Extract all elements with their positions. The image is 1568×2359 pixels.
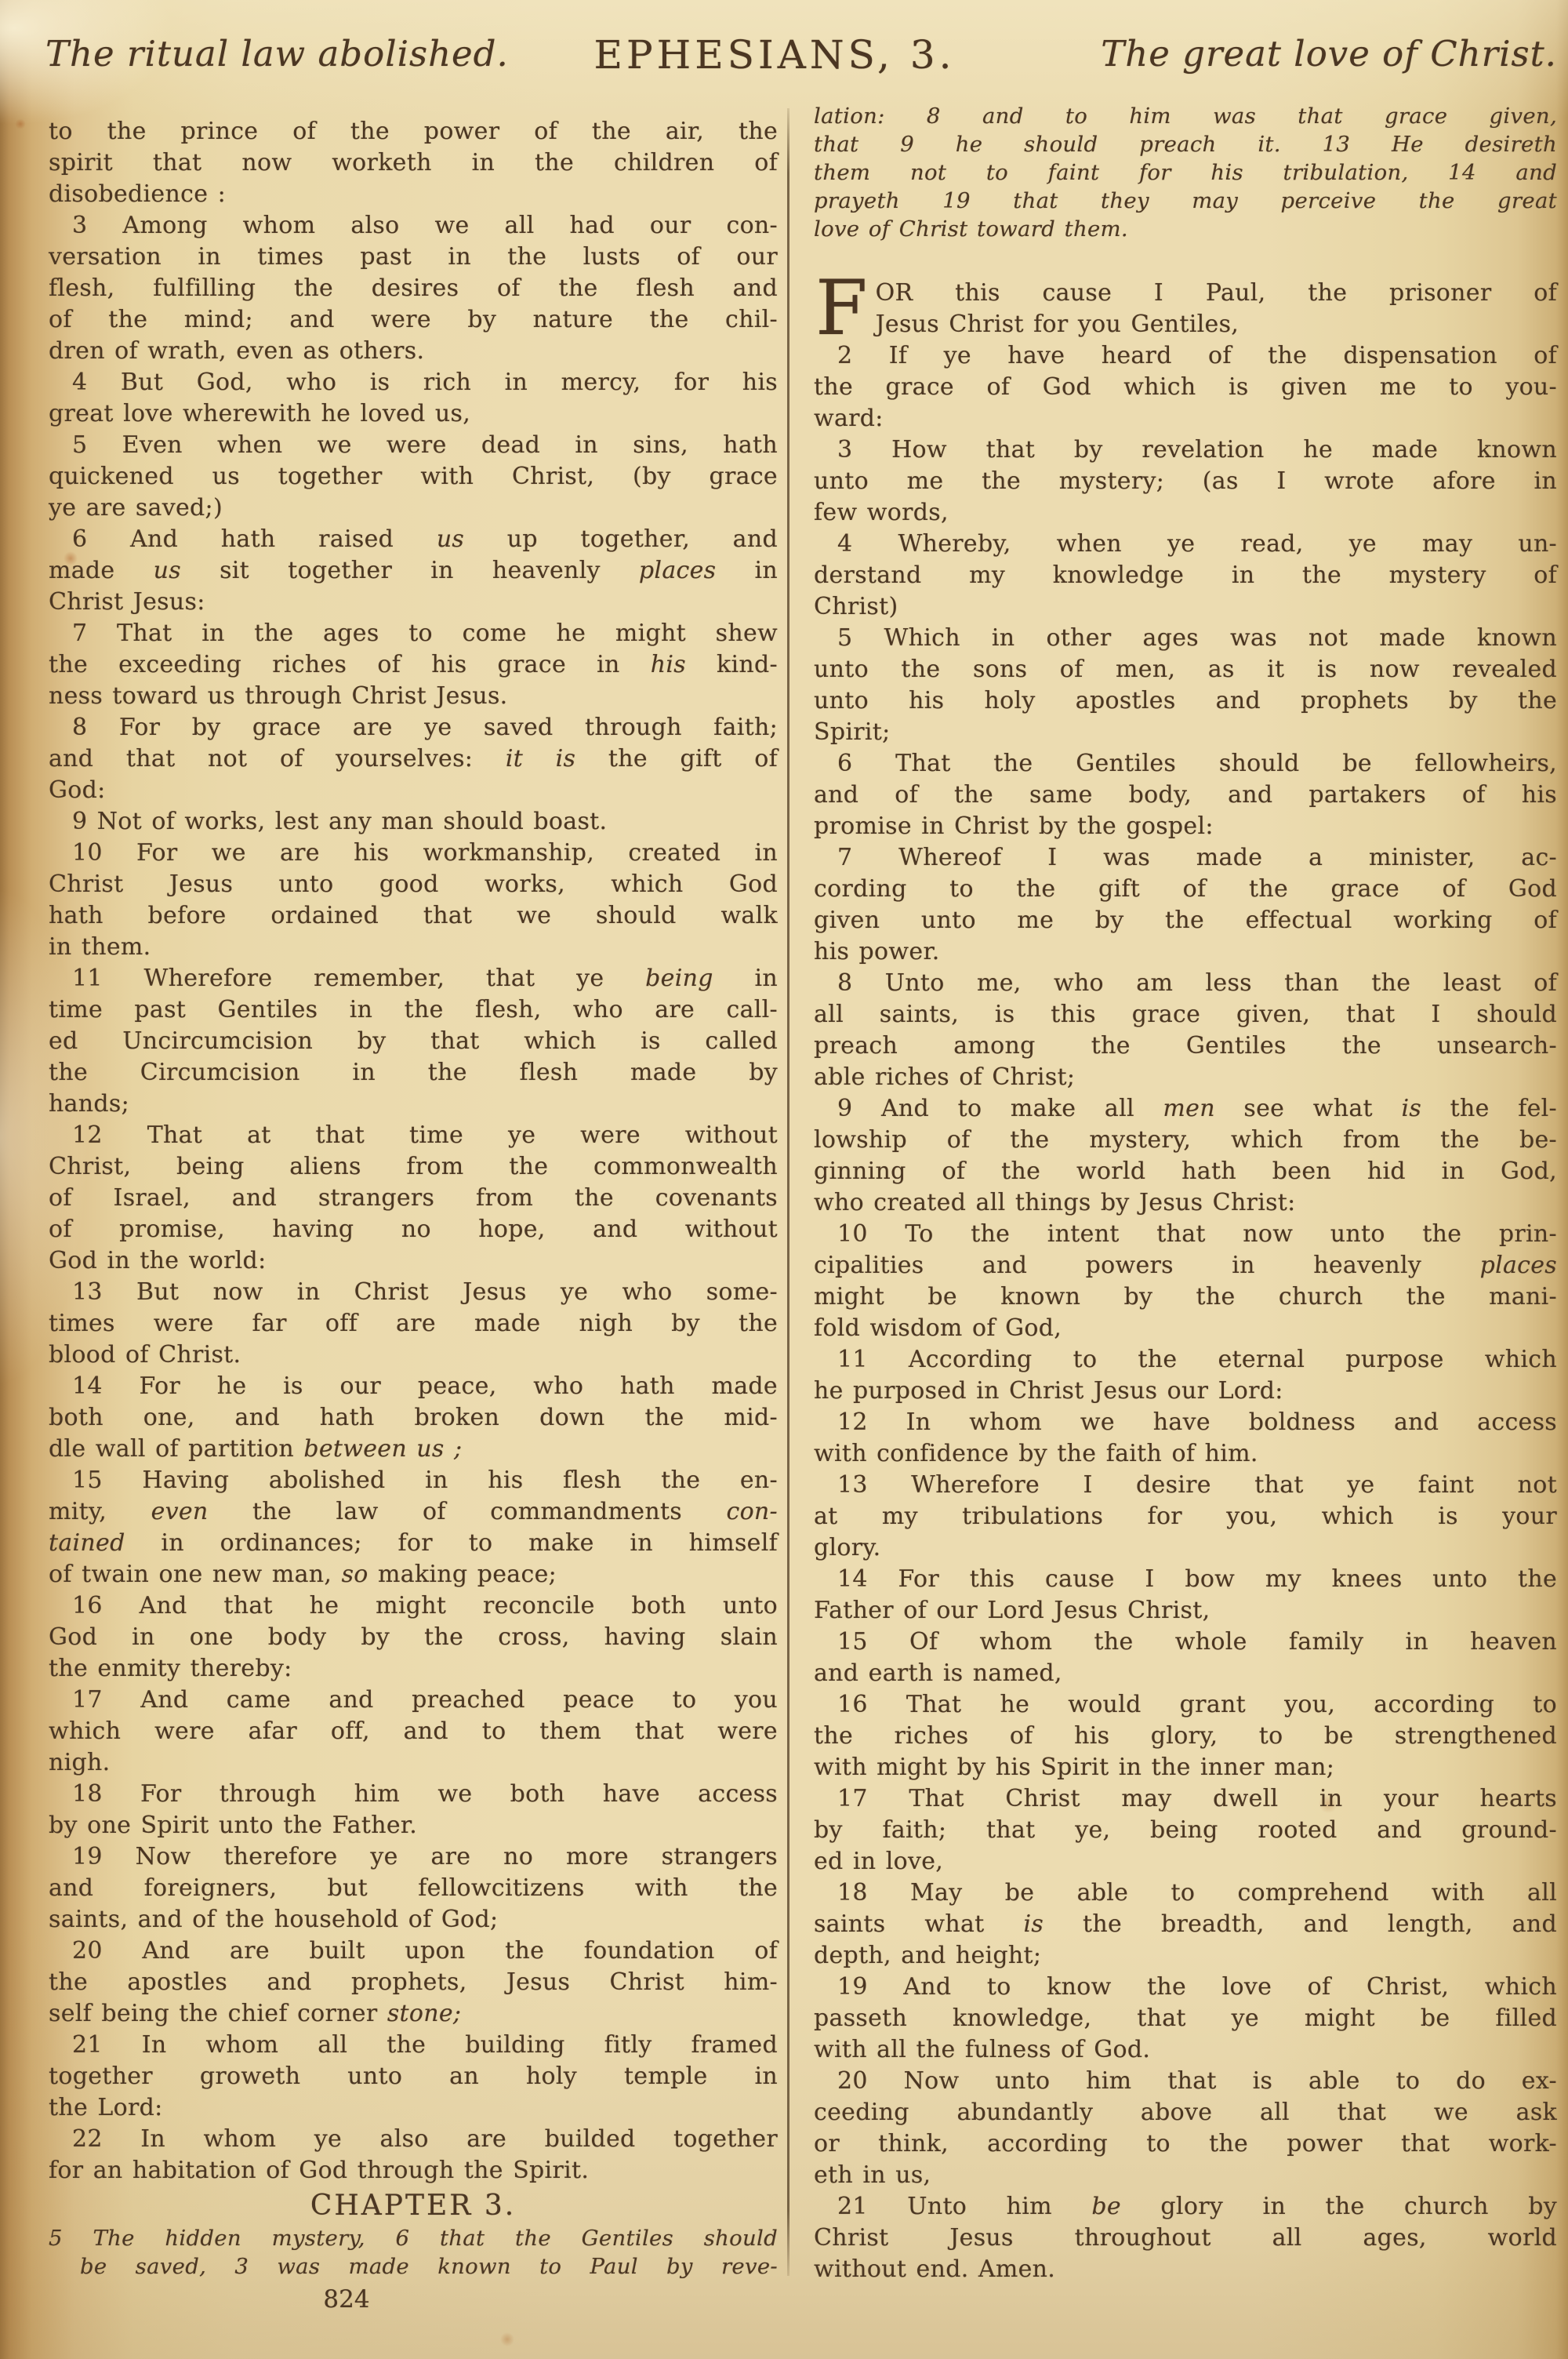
text-line: dle wall of partition between us ; — [49, 1434, 778, 1465]
text-line: nigh. — [49, 1747, 778, 1779]
text-line: ceeding abundantly above all that we ask — [814, 2097, 1557, 2128]
text-line: of twain one new man, so making peace; — [49, 1559, 778, 1590]
text-line: saints what is the breadth, and length, … — [814, 1909, 1557, 1940]
text-line: lation: 8 and to him was that grace give… — [814, 102, 1557, 130]
text-line: hands; — [49, 1089, 778, 1120]
text-line: spirit that now worketh in the children … — [49, 147, 778, 179]
text-line: Christ Jesus unto good works, which God — [49, 869, 778, 900]
text-line: mity, even the law of commandments con- — [49, 1496, 778, 1528]
chapter-3-argument-continued: lation: 8 and to him was that grace give… — [814, 102, 1557, 243]
text-line: 6 And hath raised us up together, and — [49, 524, 778, 555]
chapter-heading: CHAPTER 3. — [49, 2188, 778, 2224]
running-head-right: The great love of Christ. — [1101, 30, 1557, 78]
text-line: Christ, being aliens from the commonweal… — [49, 1151, 778, 1183]
drop-cap-lines: OR this cause I Paul, the prisoner ofJes… — [876, 278, 1557, 340]
text-line: depth, and height; — [814, 1940, 1557, 1972]
text-line: unto me the mystery; (as I wrote afore i… — [814, 466, 1557, 497]
text-line: 20 And are built upon the foundation of — [49, 1936, 778, 1967]
text-line: of Israel, and strangers from the covena… — [49, 1183, 778, 1214]
text-line: 4 Whereby, when ye read, ye may un- — [814, 529, 1557, 560]
running-head-left: The ritual law abolished. — [45, 30, 509, 78]
text-line: 5 The hidden mystery, 6 that the Gentile… — [49, 2224, 778, 2252]
text-line: 12 In whom we have boldness and access — [814, 1407, 1557, 1438]
text-line: eth in us, — [814, 2160, 1557, 2191]
text-line: 6 That the Gentiles should be fellowheir… — [814, 748, 1557, 780]
text-line: for an habitation of God through the Spi… — [49, 2155, 778, 2186]
text-line: and earth is named, — [814, 1658, 1557, 1689]
text-line: preach among the Gentiles the unsearch- — [814, 1030, 1557, 1062]
text-line: cipalities and powers in heavenly places — [814, 1250, 1557, 1281]
text-line: the exceeding riches of his grace in his… — [49, 649, 778, 681]
text-line: 4 But God, who is rich in mercy, for his — [49, 367, 778, 398]
text-line: 13 Wherefore I desire that ye faint not — [814, 1470, 1557, 1501]
text-line: 16 And that he might reconcile both unto — [49, 1590, 778, 1622]
text-line: unto his holy apostles and prophets by t… — [814, 685, 1557, 717]
running-header: The ritual law abolished. EPHESIANS, 3. … — [0, 30, 1568, 86]
text-line: ginning of the world hath been hid in Go… — [814, 1156, 1557, 1187]
text-line: great love wherewith he loved us, — [49, 398, 778, 430]
text-line: few words, — [814, 497, 1557, 529]
text-line: Christ Jesus: — [49, 587, 778, 618]
text-line: 8 For by grace are ye saved through fait… — [49, 712, 778, 743]
text-line: 10 For we are his workmanship, created i… — [49, 838, 778, 869]
text-line: times were far off are made nigh by the — [49, 1308, 778, 1339]
text-line: and of the same body, and partakers of h… — [814, 780, 1557, 811]
text-line: blood of Christ. — [49, 1339, 778, 1371]
page-number: 824 — [0, 2284, 711, 2315]
text-line: cording to the gift of the grace of God — [814, 874, 1557, 905]
text-line: 19 And to know the love of Christ, which — [814, 1972, 1557, 2003]
text-line: 5 Which in other ages was not made known — [814, 623, 1557, 654]
text-line: by one Spirit unto the Father. — [49, 1810, 778, 1841]
text-line: God in the world: — [49, 1245, 778, 1277]
text-line: and that not of yourselves: it is the gi… — [49, 743, 778, 775]
column-divider-rule — [787, 108, 789, 2276]
text-line: 9 Not of works, lest any man should boas… — [49, 806, 778, 838]
text-line: 18 May be able to comprehend with all — [814, 1877, 1557, 1909]
text-line: saints, and of the household of God; — [49, 1904, 778, 1936]
text-line: the riches of his glory, to be strengthe… — [814, 1721, 1557, 1752]
text-line: promise in Christ by the gospel: — [814, 811, 1557, 842]
text-line: be saved, 3 was made known to Paul by re… — [49, 2252, 778, 2281]
text-line: the enmity thereby: — [49, 1653, 778, 1685]
left-column: to the prince of the power of the air, t… — [49, 116, 778, 2315]
text-line: 10 To the intent that now unto the prin- — [814, 1219, 1557, 1250]
text-line: flesh, fulfilling the desires of the fle… — [49, 273, 778, 304]
text-line: 21 Unto him be glory in the church by — [814, 2191, 1557, 2223]
text-line: made us sit together in heavenly places … — [49, 555, 778, 587]
text-line: passeth knowledge, that ye might be fill… — [814, 2003, 1557, 2034]
text-line: ness toward us through Christ Jesus. — [49, 681, 778, 712]
text-line: 19 Now therefore ye are no more stranger… — [49, 1841, 778, 1873]
text-line: glory. — [814, 1532, 1557, 1564]
text-line: ward: — [814, 403, 1557, 434]
text-line: time past Gentiles in the flesh, who are… — [49, 994, 778, 1026]
text-line: 17 And came and preached peace to you — [49, 1685, 778, 1716]
text-line: ed Uncircumcision by that which is calle… — [49, 1026, 778, 1057]
book-title: EPHESIANS, 3. — [593, 32, 955, 78]
text-line: 5 Even when we were dead in sins, hath — [49, 430, 778, 461]
text-line: his power. — [814, 936, 1557, 968]
text-line: 7 Whereof I was made a minister, ac- — [814, 842, 1557, 874]
text-line: that 9 he should preach it. 13 He desire… — [814, 130, 1557, 158]
text-line: prayeth 19 that they may perceive the gr… — [814, 187, 1557, 215]
text-line: love of Christ toward them. — [814, 215, 1557, 243]
text-line: both one, and hath broken down the mid- — [49, 1402, 778, 1434]
text-line: and foreigners, but fellowcitizens with … — [49, 1873, 778, 1904]
text-line: 3 How that by revelation he made known — [814, 434, 1557, 466]
text-line: 2 If ye have heard of the dispensation o… — [814, 340, 1557, 372]
text-line: versation in times past in the lusts of … — [49, 242, 778, 273]
chapter-3-argument: 5 The hidden mystery, 6 that the Gentile… — [49, 2224, 778, 2281]
text-line: God in one body by the cross, having sla… — [49, 1622, 778, 1653]
drop-cap-letter: F — [814, 278, 876, 340]
text-line: 22 In whom ye also are builded together — [49, 2124, 778, 2155]
text-line: 12 That at that time ye were without — [49, 1120, 778, 1151]
text-line: 18 For through him we both have access — [49, 1779, 778, 1810]
text-line: 7 That in the ages to come he might shew — [49, 618, 778, 649]
text-line: might be known by the church the mani- — [814, 1281, 1557, 1313]
text-line: tained in ordinances; for to make in him… — [49, 1528, 778, 1559]
text-line: 11 Wherefore remember, that ye being in — [49, 963, 778, 994]
text-line: 13 But now in Christ Jesus ye who some- — [49, 1277, 778, 1308]
text-line: the grace of God which is given me to yo… — [814, 372, 1557, 403]
text-line: disobedience : — [49, 179, 778, 210]
text-line: at my tribulations for you, which is you… — [814, 1501, 1557, 1532]
text-line: which were afar off, and to them that we… — [49, 1716, 778, 1747]
text-line: by faith; that ye, being rooted and grou… — [814, 1815, 1557, 1846]
text-line: 21 In whom all the building fitly framed — [49, 2030, 778, 2061]
verse-1-paragraph: F OR this cause I Paul, the prisoner ofJ… — [814, 278, 1557, 340]
text-line: OR this cause I Paul, the prisoner of — [876, 278, 1557, 309]
text-line: quickened us together with Christ, (by g… — [49, 461, 778, 493]
text-line: without end. Amen. — [814, 2254, 1557, 2285]
text-line: of promise, having no hope, and without — [49, 1214, 778, 1245]
text-line: 14 For this cause I bow my knees unto th… — [814, 1564, 1557, 1595]
right-column-verse-text: 2 If ye have heard of the dispensation o… — [814, 340, 1557, 2285]
text-line: Christ Jesus throughout all ages, world — [814, 2223, 1557, 2254]
text-line: he purposed in Christ Jesus our Lord: — [814, 1376, 1557, 1407]
text-line: able riches of Christ; — [814, 1062, 1557, 1093]
text-line: 3 Among whom also we all had our con- — [49, 210, 778, 242]
text-line: Father of our Lord Jesus Christ, — [814, 1595, 1557, 1627]
text-line: all saints, is this grace given, that I … — [814, 999, 1557, 1030]
text-line: 8 Unto me, who am less than the least of — [814, 968, 1557, 999]
text-line: lowship of the mystery, which from the b… — [814, 1125, 1557, 1156]
left-column-verse-text: to the prince of the power of the air, t… — [49, 116, 778, 2186]
text-line: the Circumcision in the flesh made by — [49, 1057, 778, 1089]
text-line: the Lord: — [49, 2092, 778, 2124]
text-line: with might by his Spirit in the inner ma… — [814, 1752, 1557, 1783]
text-line: Spirit; — [814, 717, 1557, 748]
text-line: the apostles and prophets, Jesus Christ … — [49, 1967, 778, 1998]
text-line: unto the sons of men, as it is now revea… — [814, 654, 1557, 685]
text-line: with confidence by the faith of him. — [814, 1438, 1557, 1470]
text-line: 20 Now unto him that is able to do ex- — [814, 2066, 1557, 2097]
text-line: 16 That he would grant you, according to — [814, 1689, 1557, 1721]
text-line: ye are saved;) — [49, 493, 778, 524]
text-line: 17 That Christ may dwell in your hearts — [814, 1783, 1557, 1815]
right-column: lation: 8 and to him was that grace give… — [814, 102, 1557, 2285]
text-line: 9 And to make all men see what is the fe… — [814, 1093, 1557, 1125]
text-line: hath before ordained that we should walk — [49, 900, 778, 932]
text-line: 11 According to the eternal purpose whic… — [814, 1344, 1557, 1376]
text-line: or think, according to the power that wo… — [814, 2128, 1557, 2160]
text-line: God: — [49, 775, 778, 806]
text-line: with all the fulness of God. — [814, 2034, 1557, 2066]
text-line: Jesus Christ for you Gentiles, — [876, 309, 1557, 340]
text-line: given unto me by the effectual working o… — [814, 905, 1557, 936]
text-line: 15 Of whom the whole family in heaven — [814, 1627, 1557, 1658]
text-line: derstand my knowledge in the mystery of — [814, 560, 1557, 591]
text-line: to the prince of the power of the air, t… — [49, 116, 778, 147]
text-line: 14 For he is our peace, who hath made — [49, 1371, 778, 1402]
text-line: who created all things by Jesus Christ: — [814, 1187, 1557, 1219]
text-line: in them. — [49, 932, 778, 963]
text-line: together groweth unto an holy temple in — [49, 2061, 778, 2092]
text-line: ed in love, — [814, 1846, 1557, 1877]
text-line: 15 Having abolished in his flesh the en- — [49, 1465, 778, 1496]
text-line: Christ) — [814, 591, 1557, 623]
text-line: fold wisdom of God, — [814, 1313, 1557, 1344]
text-line: self being the chief corner stone; — [49, 1998, 778, 2030]
text-line: them not to faint for his tribulation, 1… — [814, 158, 1557, 187]
text-line: of the mind; and were by nature the chil… — [49, 304, 778, 336]
text-line: dren of wrath, even as others. — [49, 336, 778, 367]
bible-page-scan: The ritual law abolished. EPHESIANS, 3. … — [0, 0, 1568, 2359]
